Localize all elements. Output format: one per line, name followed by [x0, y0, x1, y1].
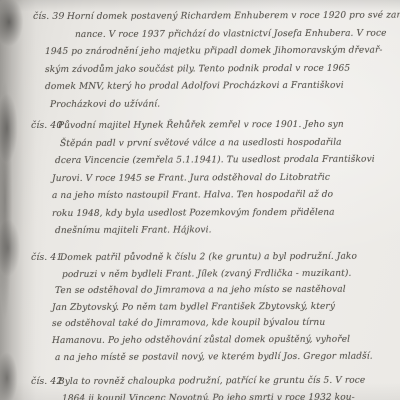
handwritten-line: Původní majitel Hynek Řehůřek zemřel v r…	[58, 117, 396, 136]
handwritten-line: Jurovi. V roce 1945 se Frant. Jura odstě…	[52, 169, 396, 188]
handwritten-line: Jan Zbytovský. Po něm tam bydlel Františ…	[52, 298, 396, 316]
scanned-document-page: čís. 39 Horní domek postavený Richardem …	[0, 0, 400, 400]
handwritten-line: Procházkovi do užívání.	[50, 95, 396, 114]
handwritten-line: se odstěhoval také do Jimramova, kde kou…	[52, 315, 396, 333]
handwritten-line: domek MNV, který ho prodal Adolfovi Proc…	[45, 78, 396, 97]
handwritten-line: Horní domek postavený Richardem Enhubere…	[67, 8, 396, 27]
book-gutter-shadow	[0, 0, 46, 400]
entry-text: Byla to rovněž chaloupka podružní, patří…	[56, 374, 396, 400]
handwritten-line: roku 1948, kdy byla usedlost Pozemkovým …	[52, 204, 396, 223]
handwritten-line: Domek patřil původně k číslu 2 (ke grunt…	[60, 249, 396, 267]
handwritten-line: Hamanovu. Po jeho odstěhování zůstal dom…	[52, 331, 396, 349]
handwritten-line: dnešnímu majiteli Frant. Hájkovi.	[55, 222, 396, 241]
entry-text: Domek patřil původně k číslu 2 (ke grunt…	[52, 250, 396, 366]
entry-text: Původní majitel Hynek Řehůřek zemřel v r…	[52, 118, 396, 241]
handwritten-line: 1864 ji koupil Vincenc Novotný. Po jeho …	[62, 390, 396, 400]
handwritten-line: dcera Vincencie (zemřela 5.1.1941). Tu u…	[55, 152, 396, 171]
handwritten-line: Štěpán padl v první světové válce a na u…	[60, 134, 396, 153]
handwritten-line: nance. V roce 1937 přichází do vlastnict…	[75, 25, 396, 44]
handwritten-line: ským závodům jako součást pily. Tento po…	[45, 60, 396, 79]
handwritten-line: a na jeho místo nastoupil Frant. Halva. …	[52, 186, 396, 205]
handwritten-line: Ten se odstěhoval do Jimramova a na jeho…	[55, 282, 396, 300]
handwritten-line: podruzi v něm bydleli Frant. Jílek (zvan…	[62, 265, 396, 283]
handwritten-line: Byla to rovněž chaloupka podružní, patří…	[58, 373, 396, 391]
handwritten-line: a na jeho místě se postavil nový, ve kte…	[55, 348, 396, 366]
entry-text: Horní domek postavený Richardem Enhubere…	[45, 9, 396, 115]
handwritten-line: 1945 po znárodnění jeho majetku připadl …	[45, 43, 396, 62]
